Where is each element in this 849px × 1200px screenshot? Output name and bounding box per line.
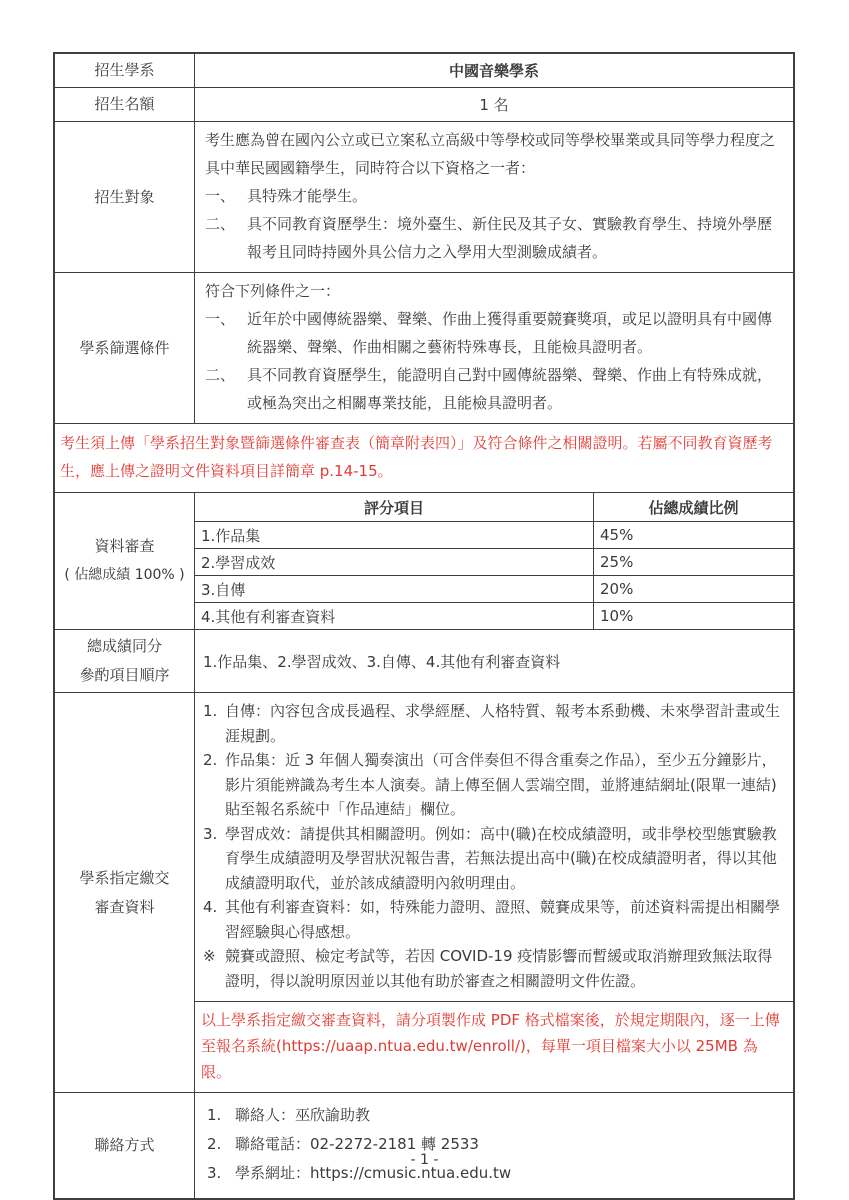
admission-info-table: 招生學系 中國音樂學系 招生名額 1 名 招生對象 考生應為曾在國內公立或已立案… bbox=[53, 52, 795, 1200]
list-marker: 二、 bbox=[205, 210, 247, 238]
list-text: 學習成效：請提供其相關證明。例如：高中(職)在校成績證明，或非學校型態實驗教育學… bbox=[225, 822, 785, 896]
filter-item: 二、 具不同教育資歷學生，能證明自己對中國傳統器樂、聲樂、作曲上有特殊成就，或極… bbox=[205, 361, 783, 417]
score-header-item: 評分項目 bbox=[195, 493, 593, 521]
list-text: 自傳：內容包含成長過程、求學經歷、人格特質、報考本系動機、未來學習計畫或生涯規劃… bbox=[225, 699, 785, 748]
materials-item: 4. 其他有利審查資料：如，特殊能力證明、證照、競賽成果等，前述資料需提出相關學… bbox=[203, 895, 785, 944]
score-row: 4.其他有利審查資料 10% bbox=[195, 602, 793, 629]
materials-item: 3. 學習成效：請提供其相關證明。例如：高中(職)在校成績證明，或非學校型態實驗… bbox=[203, 822, 785, 896]
review-label-line1: 資料審查 bbox=[94, 532, 154, 561]
filter-content: 符合下列條件之一： 一、 近年於中國傳統器樂、聲樂、作曲上獲得重要競賽獎項，或足… bbox=[195, 273, 793, 423]
filter-label: 學系篩選條件 bbox=[55, 273, 195, 423]
reference-mark: ※ bbox=[203, 944, 225, 969]
tie-break-label-line2: 參酌項目順序 bbox=[79, 661, 169, 690]
score-ratio: 45% bbox=[593, 522, 793, 548]
score-row: 2.學習成效 25% bbox=[195, 548, 793, 575]
materials-upload-note: 以上學系指定繳交審查資料，請分項製作成 PDF 格式檔案後，於規定期限內，逐一上… bbox=[195, 1002, 793, 1092]
department-label: 招生學系 bbox=[55, 54, 195, 87]
score-ratio: 25% bbox=[593, 549, 793, 575]
quota-label: 招生名額 bbox=[55, 88, 195, 121]
list-marker: 二、 bbox=[205, 361, 247, 389]
score-row: 1.作品集 45% bbox=[195, 521, 793, 548]
target-intro: 考生應為曾在國內公立或已立案私立高級中等學校或同等學校畢業或具同等學力程度之具中… bbox=[205, 126, 783, 182]
list-text: 具特殊才能學生。 bbox=[247, 182, 783, 210]
materials-item: 1. 自傳：內容包含成長過程、求學經歷、人格特質、報考本系動機、未來學習計畫或生… bbox=[203, 699, 785, 748]
score-item: 4.其他有利審查資料 bbox=[195, 603, 593, 629]
tie-break-label-line1: 總成績同分 bbox=[87, 632, 162, 661]
materials-covid-note: ※ 競賽或證照、檢定考試等，若因 COVID-19 疫情影響而暫緩或取消辦理致無… bbox=[203, 944, 785, 993]
materials-content: 1. 自傳：內容包含成長過程、求學經歷、人格特質、報考本系動機、未來學習計畫或生… bbox=[195, 693, 793, 1092]
row-review: 資料審查 ( 佔總成績 100% ) 評分項目 佔總成績比例 1.作品集 45%… bbox=[55, 492, 793, 629]
page-number: - 1 - bbox=[0, 1152, 849, 1168]
score-item: 1.作品集 bbox=[195, 522, 593, 548]
materials-label: 學系指定繳交 審查資料 bbox=[55, 693, 195, 1092]
materials-list: 1. 自傳：內容包含成長過程、求學經歷、人格特質、報考本系動機、未來學習計畫或生… bbox=[195, 693, 793, 1002]
list-text: 聯絡人：巫欣諭助教 bbox=[235, 1101, 781, 1130]
upload-note: 考生須上傳「學系招生對象暨篩選條件審查表（簡章附表四）」及符合條件之相關證明。若… bbox=[55, 424, 793, 492]
list-marker: 4. bbox=[203, 895, 225, 920]
list-marker: 2. bbox=[203, 748, 225, 773]
list-marker: 1. bbox=[203, 699, 225, 724]
contact-item: 1. 聯絡人：巫欣諭助教 bbox=[207, 1101, 781, 1130]
target-label: 招生對象 bbox=[55, 122, 195, 272]
row-tie-break: 總成績同分 參酌項目順序 1.作品集、2.學習成效、3.自傳、4.其他有利審查資… bbox=[55, 629, 793, 692]
list-marker: 3. bbox=[203, 822, 225, 847]
review-score-table: 評分項目 佔總成績比例 1.作品集 45% 2.學習成效 25% 3.自傳 20… bbox=[195, 493, 793, 629]
row-quota: 招生名額 1 名 bbox=[55, 87, 793, 121]
list-text: 作品集：近 3 年個人獨奏演出（可含伴奏但不得含重奏之作品），至少五分鐘影片，影… bbox=[225, 748, 785, 822]
target-content: 考生應為曾在國內公立或已立案私立高級中等學校或同等學校畢業或具同等學力程度之具中… bbox=[195, 122, 793, 272]
list-marker: 一、 bbox=[205, 182, 247, 210]
list-text: 具不同教育資歷學生，能證明自己對中國傳統器樂、聲樂、作曲上有特殊成就，或極為突出… bbox=[247, 361, 783, 417]
materials-item: 2. 作品集：近 3 年個人獨奏演出（可含伴奏但不得含重奏之作品），至少五分鐘影… bbox=[203, 748, 785, 822]
score-item: 2.學習成效 bbox=[195, 549, 593, 575]
department-value: 中國音樂學系 bbox=[195, 54, 793, 87]
tie-break-label: 總成績同分 參酌項目順序 bbox=[55, 630, 195, 692]
row-filter: 學系篩選條件 符合下列條件之一： 一、 近年於中國傳統器樂、聲樂、作曲上獲得重要… bbox=[55, 272, 793, 423]
list-marker: 1. bbox=[207, 1101, 235, 1130]
row-department: 招生學系 中國音樂學系 bbox=[55, 54, 793, 87]
target-item: 二、 具不同教育資歷學生：境外臺生、新住民及其子女、實驗教育學生、持境外學歷報考… bbox=[205, 210, 783, 266]
filter-intro: 符合下列條件之一： bbox=[205, 277, 783, 305]
review-label-line2: ( 佔總成績 100% ) bbox=[64, 561, 184, 590]
review-label: 資料審查 ( 佔總成績 100% ) bbox=[55, 493, 195, 629]
row-upload-note: 考生須上傳「學系招生對象暨篩選條件審查表（簡章附表四）」及符合條件之相關證明。若… bbox=[55, 423, 793, 492]
list-text: 具不同教育資歷學生：境外臺生、新住民及其子女、實驗教育學生、持境外學歷報考且同時… bbox=[247, 210, 783, 266]
list-text: 競賽或證照、檢定考試等，若因 COVID-19 疫情影響而暫緩或取消辦理致無法取… bbox=[225, 944, 785, 993]
contact-content: 1. 聯絡人：巫欣諭助教 2. 聯絡電話：02-2272-2181 轉 2533… bbox=[195, 1093, 793, 1198]
target-item: 一、 具特殊才能學生。 bbox=[205, 182, 783, 210]
list-marker: 一、 bbox=[205, 305, 247, 333]
score-ratio: 10% bbox=[593, 603, 793, 629]
materials-label-line2: 審查資料 bbox=[94, 893, 154, 922]
list-text: 其他有利審查資料：如，特殊能力證明、證照、競賽成果等，前述資料需提出相關學習經驗… bbox=[225, 895, 785, 944]
score-ratio: 20% bbox=[593, 576, 793, 602]
tie-break-value: 1.作品集、2.學習成效、3.自傳、4.其他有利審查資料 bbox=[195, 630, 793, 692]
filter-item: 一、 近年於中國傳統器樂、聲樂、作曲上獲得重要競賽獎項，或足以證明具有中國傳統器… bbox=[205, 305, 783, 361]
row-contact: 聯絡方式 1. 聯絡人：巫欣諭助教 2. 聯絡電話：02-2272-2181 轉… bbox=[55, 1092, 793, 1198]
materials-label-line1: 學系指定繳交 bbox=[79, 864, 169, 893]
contact-label: 聯絡方式 bbox=[55, 1093, 195, 1198]
quota-value: 1 名 bbox=[195, 88, 793, 121]
score-item: 3.自傳 bbox=[195, 576, 593, 602]
list-text: 近年於中國傳統器樂、聲樂、作曲上獲得重要競賽獎項，或足以證明具有中國傳統器樂、聲… bbox=[247, 305, 783, 361]
score-header-row: 評分項目 佔總成績比例 bbox=[195, 493, 793, 521]
row-target: 招生對象 考生應為曾在國內公立或已立案私立高級中等學校或同等學校畢業或具同等學力… bbox=[55, 121, 793, 272]
score-header-ratio: 佔總成績比例 bbox=[593, 493, 793, 521]
row-materials: 學系指定繳交 審查資料 1. 自傳：內容包含成長過程、求學經歷、人格特質、報考本… bbox=[55, 692, 793, 1092]
score-row: 3.自傳 20% bbox=[195, 575, 793, 602]
